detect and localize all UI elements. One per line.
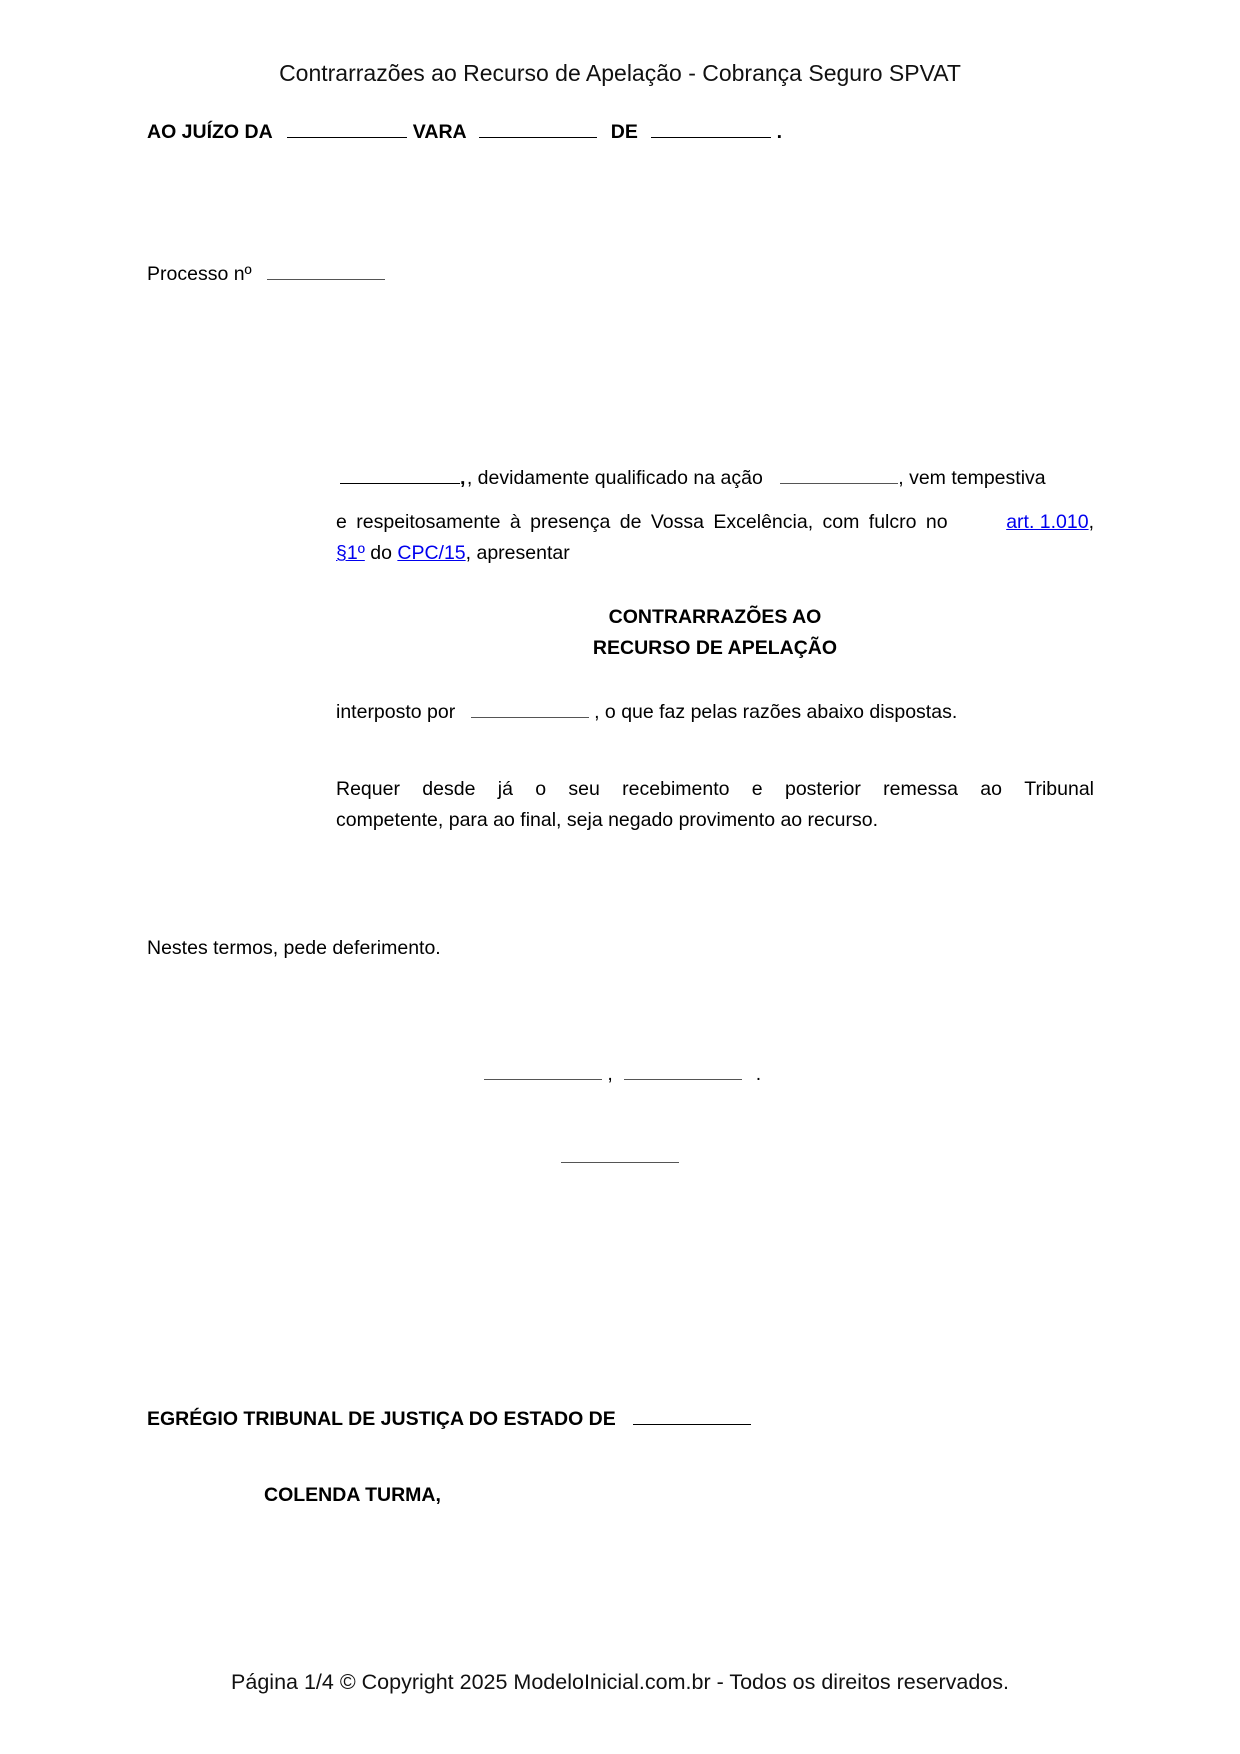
processo-label: Processo nº [147,263,252,285]
requer-word: seu [568,778,599,801]
tribunal-heading-line: EGRÉGIO TRIBUNAL DE JUSTIÇA DO ESTADO DE [147,1408,751,1431]
intro-line-2: e respeitosamente à presença de Vossa Ex… [336,511,1094,534]
interposto-prefix: interposto por [336,701,455,723]
blank-state [633,1423,751,1425]
link-paragrafo-1[interactable]: §1º [336,542,365,564]
intro-tempestiva-text: , vem tempestiva [898,467,1045,489]
interposto-line: interposto por , o que faz pelas razões … [336,701,957,724]
address-end: . [777,121,782,143]
intro-line2-text: e respeitosamente à presença de Vossa Ex… [336,511,948,534]
requer-word: o [535,778,546,801]
place-date-separator: , [607,1063,612,1085]
document-header-title: Contrarrazões ao Recurso de Apelação - C… [0,60,1240,87]
blank-comarca [651,136,771,138]
intro-apresentar-text: , apresentar [466,542,570,564]
requer-word: já [498,778,513,801]
petition-title: CONTRARRAZÕES AO RECURSO DE APELAÇÃO [336,606,1094,660]
court-address-line: AO JUÍZO DA VARA DE . [147,121,782,144]
requer-word: recebimento [622,778,729,801]
blank-court-number [287,136,407,138]
blank-party-name [340,482,460,484]
page-footer: Página 1/4 © Copyright 2025 ModeloInicia… [0,1670,1240,1695]
intro-line-3: §1º do CPC/15, apresentar [336,542,570,565]
intro-do-text: do [370,542,392,564]
requer-word: Requer [336,778,400,801]
intro-line-1: , , devidamente qualificado na ação , ve… [336,467,1094,490]
closing-text: Nestes termos, pede deferimento. [147,937,441,960]
place-date-end: . [756,1063,761,1085]
address-vara: VARA [413,121,466,143]
blank-appellant [471,716,589,718]
petition-title-line-1: CONTRARRAZÕES AO [336,606,1094,629]
requer-word: desde [422,778,475,801]
comma: , [1089,511,1094,533]
blank-vara [479,136,597,138]
requer-word: ao [980,778,1002,801]
interposto-suffix: , o que faz pelas razões abaixo disposta… [594,701,957,723]
address-de: DE [611,121,638,143]
requer-line-1: Requerdesdejáoseurecebimentoeposteriorre… [336,778,1094,801]
link-cpc-15[interactable]: CPC/15 [397,542,465,564]
requer-paragraph: Requerdesdejáoseurecebimentoeposteriorre… [336,778,1094,832]
requer-word: posterior [785,778,861,801]
blank-place [484,1078,602,1080]
intro-qualified-text: , devidamente qualificado na ação [467,467,763,489]
link-art-1010[interactable]: art. 1.010 [1006,511,1088,533]
petition-title-line-2: RECURSO DE APELAÇÃO [336,637,1094,660]
blank-processo-number [267,278,385,280]
tribunal-heading: EGRÉGIO TRIBUNAL DE JUSTIÇA DO ESTADO DE [147,1408,616,1430]
place-date-line: , . [484,1063,761,1086]
requer-word: remessa [883,778,958,801]
signature-line [561,1150,679,1168]
blank-action-name [780,482,898,484]
requer-word: Tribunal [1024,778,1094,801]
processo-line: Processo nº [147,263,385,286]
blank-date [624,1078,742,1080]
requer-line-2: competente, para ao final, seja negado p… [336,809,1094,832]
requer-word: e [752,778,763,801]
colenda-turma: COLENDA TURMA, [264,1484,441,1507]
address-prefix: AO JUÍZO DA [147,121,272,143]
blank-signature [561,1161,679,1163]
